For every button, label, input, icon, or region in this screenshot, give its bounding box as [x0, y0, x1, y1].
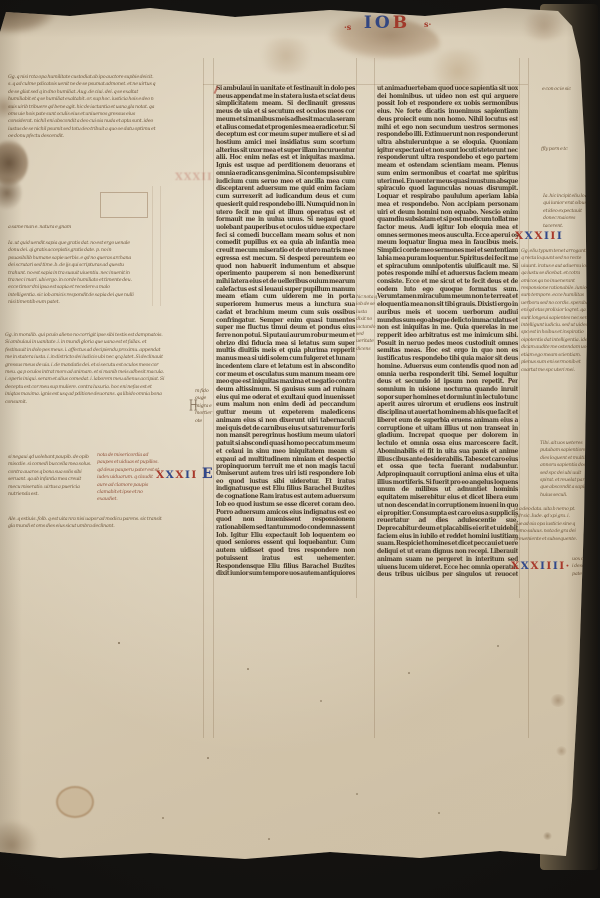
manuscript-page: iuo ·s IOB s· XXXII Si ambulaui in uanit… — [0, 0, 600, 898]
margin-rectangle-outline — [100, 192, 148, 218]
ink-speck — [162, 817, 164, 819]
offset-ghost-numeral: XXXII — [175, 172, 213, 183]
stain-bottom-left-ring — [56, 786, 94, 818]
ruling-line — [374, 58, 375, 738]
margin-h-mark: H — [189, 398, 198, 415]
gloss-left-column-edge: m fido ouge migra e mortier ote — [195, 388, 216, 436]
gloss-right-block: Gg. eliu typum tenet arrogantiu q recta … — [521, 248, 593, 436]
running-title-iob: IOB — [352, 13, 422, 33]
text-column-left-part2: Omiserunt autem tres uiri isti responder… — [216, 470, 355, 578]
ink-speck — [320, 700, 322, 702]
text-column-left-part1: Si ambulaui in uanitate et festinauit in… — [216, 85, 355, 470]
ink-speck — [207, 757, 209, 759]
gloss-ruling-line — [152, 186, 153, 306]
gloss-left-lower-1: Gg. in moralib. qui pculo alieno no corr… — [5, 332, 165, 452]
gloss-left-middle-2: Ia. ut quid uendit sapia que gratis dat.… — [8, 240, 136, 332]
ink-speck — [438, 812, 440, 814]
ink-speck — [118, 642, 120, 644]
gloss-left-bottom-line: Ale. q estiuis. folb. q est uita nra nis… — [8, 516, 166, 536]
stain-right-bottom — [543, 832, 552, 840]
ink-speck — [268, 838, 270, 840]
gloss-right-lower-2: ui a deo data. uita b nemo pt. q dr sic.… — [514, 506, 578, 562]
stain-top-center-2 — [255, 38, 317, 74]
gloss-right-note-1: e con oc ie sic — [542, 86, 584, 99]
stain-right-low — [556, 746, 567, 756]
ink-speck — [356, 793, 358, 795]
text-column-right: ut animaduertebam quod uoce sapientia si… — [377, 85, 518, 579]
stain-right-mid — [550, 694, 566, 707]
gloss-right-note-2: ffly porn e tc — [541, 146, 585, 161]
ink-speck — [408, 672, 410, 674]
gloss-intercolumn: hic nota q iob de se iusta dixit no iact… — [356, 294, 377, 360]
ink-speck — [497, 645, 499, 647]
gloss-left-upper: Gg. q nisi rcta opa humilitate custodiat… — [8, 74, 156, 178]
stain-top-right — [518, 12, 570, 40]
gloss-ruling-line — [160, 186, 161, 306]
stain-left-edge-blotch-2 — [0, 176, 22, 210]
ink-speck — [247, 668, 249, 670]
gloss-left-middle: a same man e. natura e gnam — [8, 224, 136, 238]
chapter-32-initial-e: E — [202, 466, 213, 482]
title-flourish-left: ·s — [344, 22, 351, 32]
gloss-left-lower-red: nota de misericordia ad paupes et uiduas… — [97, 452, 163, 504]
gloss-right-note-3: Ia. hic incipit eliu loq qui iunior erat… — [543, 193, 589, 238]
title-flourish-right: s· — [424, 19, 431, 29]
